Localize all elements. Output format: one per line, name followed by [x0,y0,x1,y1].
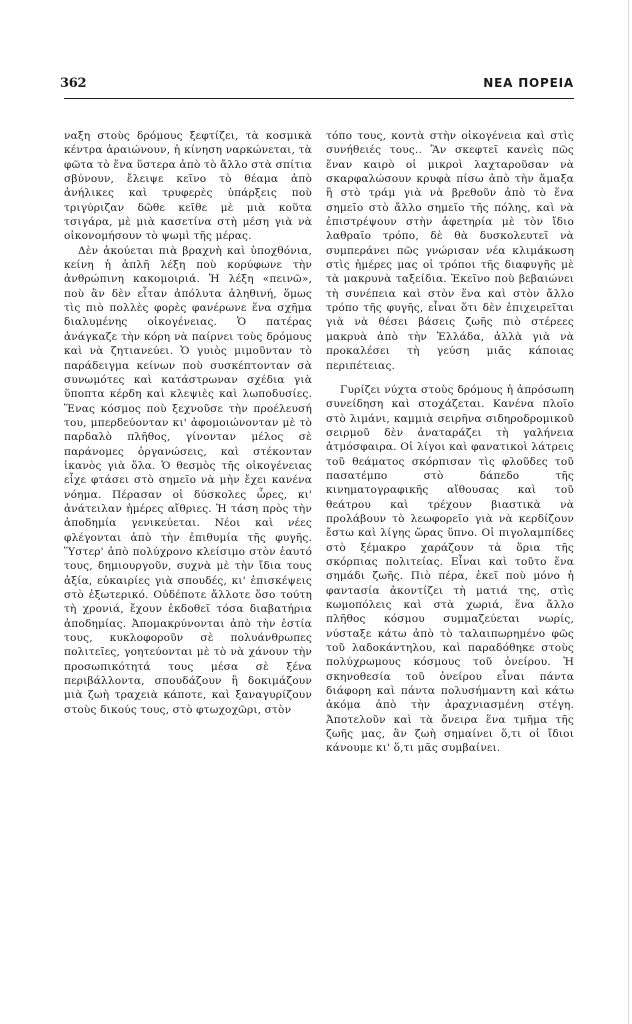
page-number: 362 [60,76,86,91]
journal-title: ΝΕΑ ΠΟΡΕΙΑ [483,76,574,90]
paragraph: ναξη στοὺς δρόμους ξεφτίζει, τὰ κοσμικὰ … [64,129,312,244]
paragraph: Δὲν ἀκούεται πιὰ βραχνὴ καὶ ὑποχθόνια, κ… [64,244,312,717]
right-column: τόπο τους, κοντὰ στὴν οἰκογένεια καὶ στὶ… [326,129,574,756]
paragraph: Γυρίζει νύχτα στοὺς δρόμους ἡ ἀπρόσωπη σ… [326,383,574,756]
page-header: 362 ΝΕΑ ΠΟΡΕΙΑ [60,76,574,96]
left-column: ναξη στοὺς δρόμους ξεφτίζει, τὰ κοσμικὰ … [64,129,312,717]
scan-edge [628,0,629,1024]
header-rule [64,98,574,100]
paragraph: τόπο τους, κοντὰ στὴν οἰκογένεια καὶ στὶ… [326,129,574,373]
